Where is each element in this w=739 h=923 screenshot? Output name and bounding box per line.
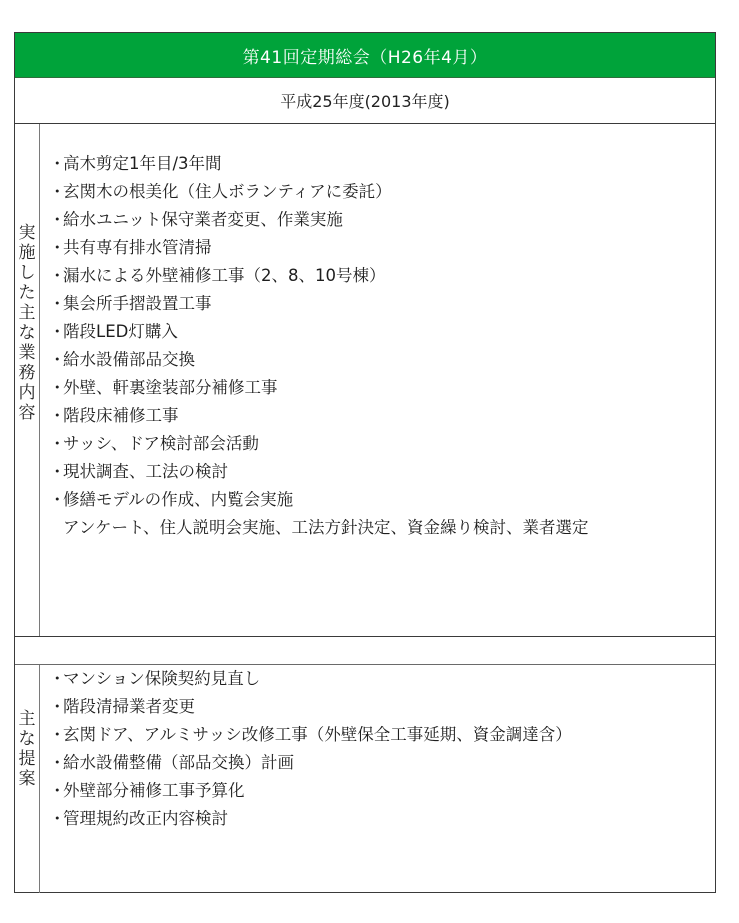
bullet-icon: ・: [49, 749, 63, 777]
bullet-icon: ・: [49, 458, 63, 486]
section-label-completed-work: 実 施 し た 主 な 業 務 内 容: [15, 223, 39, 423]
bullet-icon: ・: [49, 290, 63, 318]
list-item: ・共有専有排水管清掃: [41, 234, 715, 262]
list-item: ・現状調査、工法の検討: [41, 458, 715, 486]
fiscal-year: 平成25年度(2013年度): [280, 89, 450, 112]
header-row: 第41回定期総会（H26年4月）: [15, 33, 715, 78]
item-text: 共有専有排水管清掃: [63, 238, 212, 257]
item-text: 階段床補修工事: [63, 406, 179, 425]
section-proposals: 主 な 提 案 ・マンション保険契約見直し ・階段清掃業者変更 ・玄関ドア、アル…: [15, 665, 715, 893]
section-label-cell: 主 な 提 案: [15, 665, 40, 893]
label-char: な: [15, 729, 39, 749]
label-char: 主: [15, 303, 39, 323]
label-char: 内: [15, 383, 39, 403]
label-char: 実: [15, 223, 39, 243]
bullet-icon: ・: [49, 346, 63, 374]
item-text: 集会所手摺設置工事: [63, 294, 212, 313]
item-text: 玄関木の根美化（住人ボランティアに委託）: [63, 182, 392, 201]
bullet-icon: ・: [49, 318, 63, 346]
item-text: 漏水による外壁補修工事（2、8、10号棟）: [63, 266, 386, 285]
label-char: 容: [15, 403, 39, 423]
item-text: 階段清掃業者変更: [63, 697, 195, 716]
list-item: ・集会所手摺設置工事: [41, 290, 715, 318]
section-completed-work: 実 施 し た 主 な 業 務 内 容 ・高木剪定1年目/3年間 ・玄関木の根美…: [15, 124, 715, 637]
list-item: ・玄関ドア、アルミサッシ改修工事（外壁保全工事延期、資金調達含）: [41, 721, 715, 749]
proposal-list: ・マンション保険契約見直し ・階段清掃業者変更 ・玄関ドア、アルミサッシ改修工事…: [41, 665, 715, 833]
list-item: ・階段清掃業者変更: [41, 693, 715, 721]
bullet-icon: ・: [49, 430, 63, 458]
label-char: し: [15, 263, 39, 283]
bullet-icon: ・: [49, 693, 63, 721]
bullet-icon: ・: [49, 178, 63, 206]
fiscal-year-row: 平成25年度(2013年度): [15, 78, 715, 124]
item-text: マンション保険契約見直し: [63, 669, 260, 688]
list-item: ・サッシ、ドア検討部会活動: [41, 430, 715, 458]
bullet-icon: ・: [49, 721, 63, 749]
item-text: 給水ユニット保守業者変更、作業実施: [63, 210, 343, 229]
label-char: 案: [15, 769, 39, 789]
label-char: 提: [15, 749, 39, 769]
completed-work-list: ・高木剪定1年目/3年間 ・玄関木の根美化（住人ボランティアに委託） ・給水ユニ…: [41, 150, 715, 542]
label-char: な: [15, 323, 39, 343]
label-char: 業: [15, 343, 39, 363]
item-text: 高木剪定1年目/3年間: [63, 154, 222, 173]
list-item: ・外壁、軒裏塗装部分補修工事: [41, 374, 715, 402]
bullet-icon: ・: [49, 150, 63, 178]
list-item: ・階段床補修工事: [41, 402, 715, 430]
item-text: サッシ、ドア検討部会活動: [63, 434, 259, 453]
list-item: ・外壁部分補修工事予算化: [41, 777, 715, 805]
summary-table: 第41回定期総会（H26年4月） 平成25年度(2013年度) 実 施 し た …: [14, 32, 716, 893]
item-text: 外壁部分補修工事予算化: [63, 781, 245, 800]
bullet-icon: ・: [49, 206, 63, 234]
spacer-row: [15, 637, 715, 665]
meeting-title: 第41回定期総会（H26年4月）: [243, 43, 488, 68]
item-text: 玄関ドア、アルミサッシ改修工事（外壁保全工事延期、資金調達含）: [63, 725, 572, 744]
bullet-icon: ・: [49, 486, 63, 514]
bullet-icon: ・: [49, 374, 63, 402]
list-item: ・給水設備部品交換: [41, 346, 715, 374]
bullet-icon: ・: [49, 234, 63, 262]
list-item: ・高木剪定1年目/3年間: [41, 150, 715, 178]
list-item: ・給水設備整備（部品交換）計画: [41, 749, 715, 777]
section-label-proposals: 主 な 提 案: [15, 709, 39, 789]
list-item-continuation: アンケート、住人説明会実施、工法方針決定、資金繰り検討、業者選定: [41, 514, 715, 542]
bullet-icon: ・: [49, 402, 63, 430]
bullet-icon: ・: [49, 262, 63, 290]
list-item: ・修繕モデルの作成、内覧会実施: [41, 486, 715, 514]
item-text: 階段LED灯購入: [63, 322, 178, 341]
item-text: 管理規約改正内容検討: [63, 809, 228, 828]
list-item: ・玄関木の根美化（住人ボランティアに委託）: [41, 178, 715, 206]
list-item: ・給水ユニット保守業者変更、作業実施: [41, 206, 715, 234]
item-text: 給水設備整備（部品交換）計画: [63, 753, 294, 772]
bullet-icon: ・: [49, 777, 63, 805]
section-label-cell: 実 施 し た 主 な 業 務 内 容: [15, 124, 40, 636]
list-item: ・漏水による外壁補修工事（2、8、10号棟）: [41, 262, 715, 290]
label-char: 施: [15, 243, 39, 263]
list-item: ・マンション保険契約見直し: [41, 665, 715, 693]
list-item: ・管理規約改正内容検討: [41, 805, 715, 833]
item-text: 現状調査、工法の検討: [63, 462, 228, 481]
bullet-icon: ・: [49, 805, 63, 833]
label-char: 主: [15, 709, 39, 729]
item-text: 外壁、軒裏塗装部分補修工事: [63, 378, 278, 397]
label-char: 務: [15, 363, 39, 383]
list-item: ・階段LED灯購入: [41, 318, 715, 346]
bullet-icon: ・: [49, 665, 63, 693]
item-text: 修繕モデルの作成、内覧会実施: [63, 490, 293, 509]
item-text: 給水設備部品交換: [63, 350, 195, 369]
label-char: た: [15, 283, 39, 303]
